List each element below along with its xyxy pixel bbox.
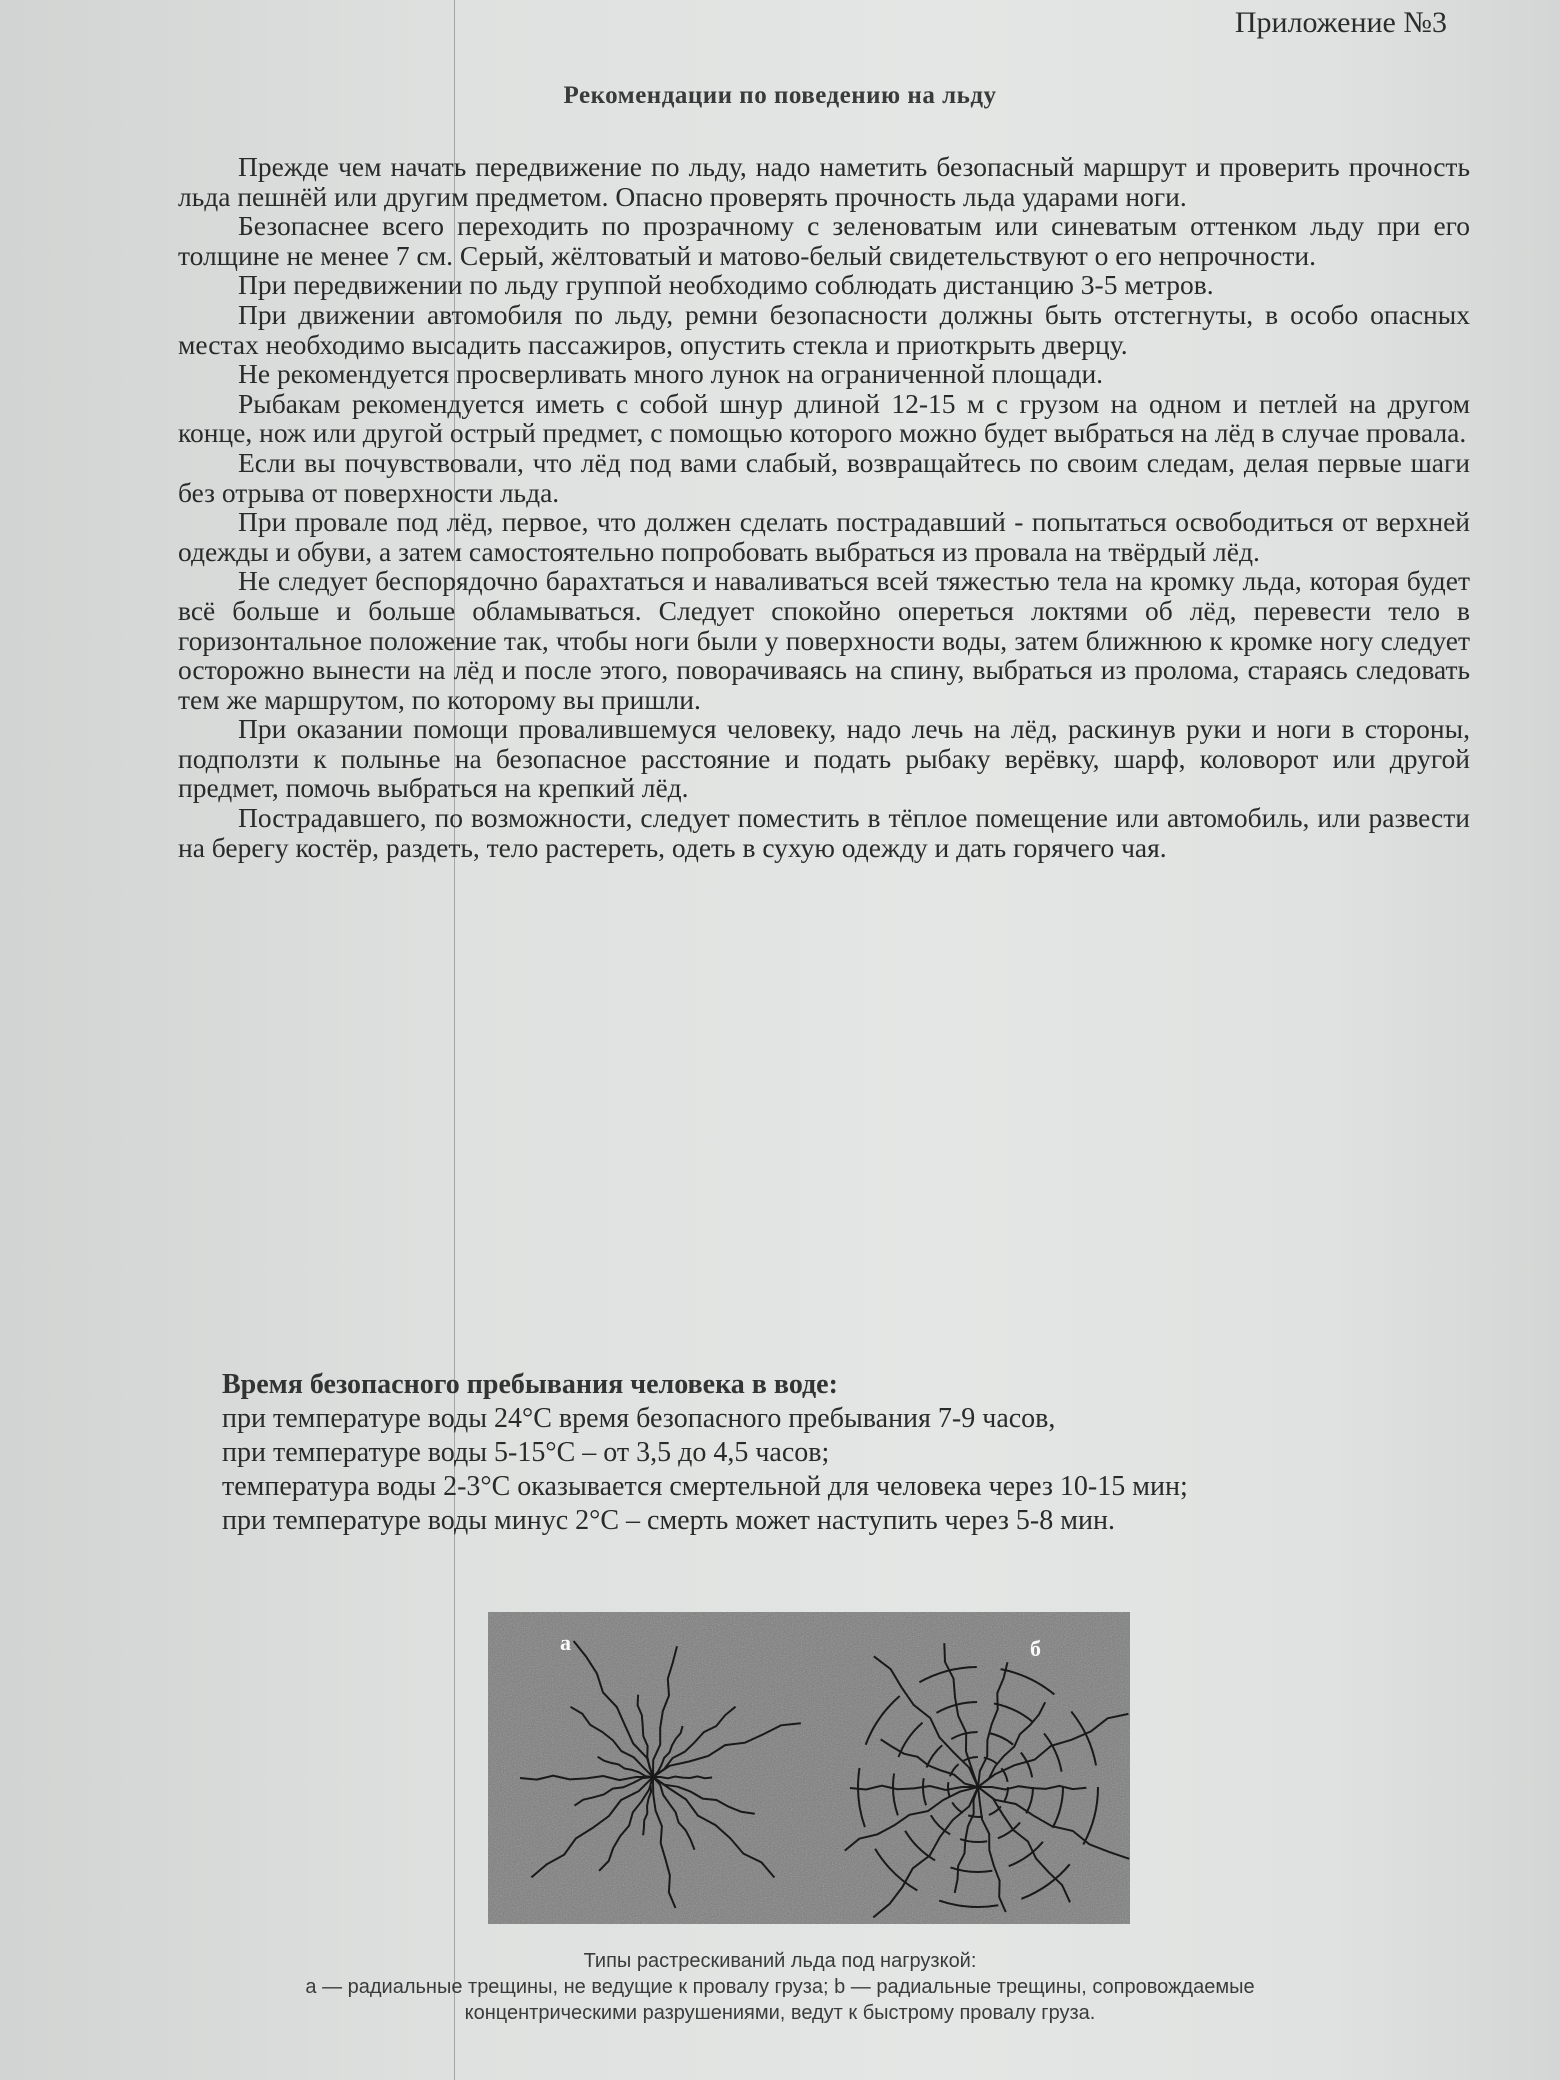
- survival-line: при температуре воды 24°С время безопасн…: [222, 1402, 1188, 1436]
- paragraph: Прежде чем начать передвижение по льду, …: [178, 152, 1470, 211]
- caption-title: Типы растрескиваний льда под нагрузкой:: [0, 1948, 1560, 1974]
- paragraph: При оказании помощи провалившемуся челов…: [178, 714, 1470, 803]
- ice-crack-illustration: а б: [488, 1612, 1130, 1924]
- appendix-label: Приложение №3: [1235, 6, 1447, 40]
- paragraph: Пострадавшего, по возможности, следует п…: [178, 803, 1470, 862]
- ice-crack-drawing: а б: [488, 1612, 1130, 1924]
- survival-line: при температуре воды 5-15°С – от 3,5 до …: [222, 1436, 1188, 1470]
- paragraph: Безопаснее всего переходить по прозрачно…: [178, 211, 1470, 270]
- caption-line: а — радиальные трещины, не ведущие к про…: [0, 1974, 1560, 2000]
- figure-label-b: б: [1030, 1636, 1041, 1661]
- paragraph: Рыбакам рекомендуется иметь с собой шнур…: [178, 389, 1470, 448]
- water-survival-section: Время безопасного пребывания человека в …: [222, 1368, 1188, 1538]
- paragraph: Если вы почувствовали, что лёд под вами …: [178, 448, 1470, 507]
- recommendations-body: Прежде чем начать передвижение по льду, …: [178, 152, 1470, 862]
- document-title: Рекомендации по поведению на льду: [0, 82, 1560, 110]
- section-heading: Время безопасного пребывания человека в …: [222, 1368, 1188, 1402]
- figure-caption: Типы растрескиваний льда под нагрузкой: …: [0, 1948, 1560, 2026]
- survival-line: температура воды 2-3°С оказывается смерт…: [222, 1470, 1188, 1504]
- caption-line: концентрическими разрушениями, ведут к б…: [0, 2000, 1560, 2026]
- paragraph: При передвижении по льду группой необход…: [178, 270, 1470, 300]
- survival-line: при температуре воды минус 2°С – смерть …: [222, 1504, 1188, 1538]
- paragraph: При движении автомобиля по льду, ремни б…: [178, 300, 1470, 359]
- paragraph: Не рекомендуется просверливать много лун…: [178, 359, 1470, 389]
- paragraph: При провале под лёд, первое, что должен …: [178, 507, 1470, 566]
- paragraph: Не следует беспорядочно барахтаться и на…: [178, 566, 1470, 714]
- figure-label-a: а: [560, 1630, 571, 1655]
